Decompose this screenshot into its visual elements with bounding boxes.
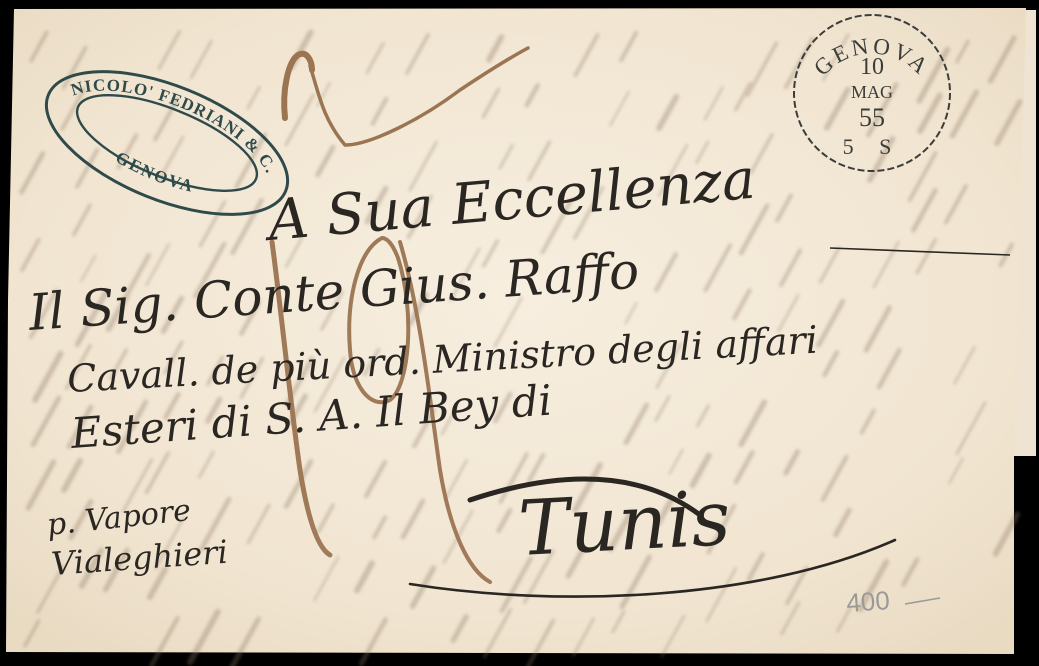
postmark-year: 55 (859, 103, 885, 132)
postmark-month: MAG (851, 82, 893, 102)
address-line-5: Tunis (516, 473, 732, 573)
postmark-day: 10 (860, 54, 884, 80)
letter-cover-scene: NICOLO' FEDRIANI & C. GENOVA GENOVA 10 M… (0, 0, 1039, 666)
postmark-time: 5 S (843, 134, 902, 159)
svg-text:400: 400 (845, 585, 890, 618)
